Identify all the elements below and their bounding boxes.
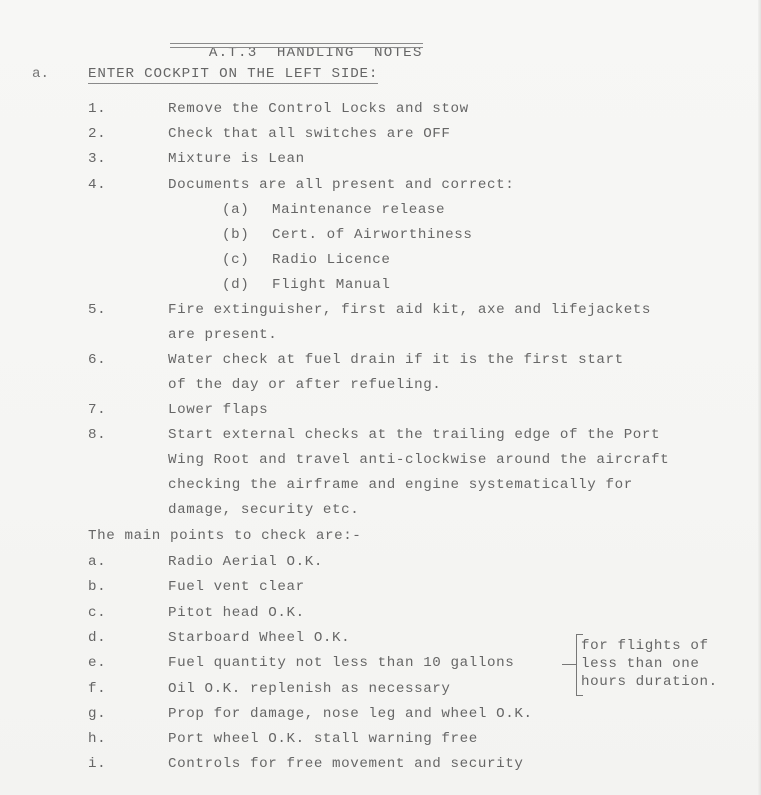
- side-note-line: less than one: [581, 655, 699, 673]
- item-text: are present.: [168, 326, 277, 344]
- side-note-line: for flights of: [581, 637, 709, 655]
- check-point-label: d.: [88, 629, 106, 647]
- item-text: of the day or after refueling.: [168, 376, 441, 394]
- check-point-text: Controls for free movement and security: [168, 755, 523, 773]
- item-text: Remove the Control Locks and stow: [168, 100, 469, 118]
- document-label: (a): [222, 201, 249, 219]
- item-number: 8.: [88, 426, 106, 444]
- check-point-text: Fuel vent clear: [168, 578, 305, 596]
- check-point-text: Port wheel O.K. stall warning free: [168, 730, 478, 748]
- item-text: Start external checks at the trailing ed…: [168, 426, 660, 444]
- document-label: (b): [222, 226, 249, 244]
- document-text: Maintenance release: [272, 201, 445, 219]
- check-point-text: Oil O.K. replenish as necessary: [168, 680, 451, 698]
- check-point-label: f.: [88, 680, 106, 698]
- title-underline-1: [170, 43, 423, 44]
- document-text: Cert. of Airworthiness: [272, 226, 473, 244]
- item-text: Check that all switches are OFF: [168, 125, 451, 143]
- document-text: Radio Licence: [272, 251, 390, 269]
- side-note-pointer: [562, 664, 576, 665]
- item-number: 2.: [88, 125, 106, 143]
- check-point-text: Prop for damage, nose leg and wheel O.K.: [168, 705, 533, 723]
- check-point-text: Starboard Wheel O.K.: [168, 629, 350, 647]
- check-point-label: e.: [88, 654, 106, 672]
- check-point-text: Pitot head O.K.: [168, 604, 305, 622]
- title-underline-2: [170, 47, 423, 48]
- item-text: Lower flaps: [168, 401, 268, 419]
- item-text: Fire extinguisher, first aid kit, axe an…: [168, 301, 651, 319]
- item-number: 1.: [88, 100, 106, 118]
- main-points-intro: The main points to check are:-: [88, 527, 361, 545]
- item-text: checking the airframe and engine systema…: [168, 476, 633, 494]
- item-number: 6.: [88, 351, 106, 369]
- check-point-label: h.: [88, 730, 106, 748]
- check-point-label: c.: [88, 604, 106, 622]
- item-text: Water check at fuel drain if it is the f…: [168, 351, 624, 369]
- item-text: damage, security etc.: [168, 501, 359, 519]
- document-label: (c): [222, 251, 249, 269]
- check-point-text: Fuel quantity not less than 10 gallons: [168, 654, 514, 672]
- item-number: 3.: [88, 150, 106, 168]
- check-point-text: Radio Aerial O.K.: [168, 553, 323, 571]
- section-letter: a.: [32, 65, 49, 83]
- item-text: Documents are all present and correct:: [168, 176, 514, 194]
- check-point-label: i.: [88, 755, 106, 773]
- check-point-label: g.: [88, 705, 106, 723]
- section-heading: ENTER COCKPIT ON THE LEFT SIDE:: [88, 65, 378, 84]
- item-number: 7.: [88, 401, 106, 419]
- check-point-label: a.: [88, 553, 106, 571]
- item-text: Wing Root and travel anti-clockwise arou…: [168, 451, 669, 469]
- item-text: Mixture is Lean: [168, 150, 305, 168]
- document-label: (d): [222, 276, 249, 294]
- typed-page: A.T.3 HANDLING NOTES a. ENTER COCKPIT ON…: [0, 0, 761, 795]
- document-text: Flight Manual: [272, 276, 390, 294]
- item-number: 5.: [88, 301, 106, 319]
- item-number: 4.: [88, 176, 106, 194]
- check-point-label: b.: [88, 578, 106, 596]
- side-note-line: hours duration.: [581, 673, 718, 691]
